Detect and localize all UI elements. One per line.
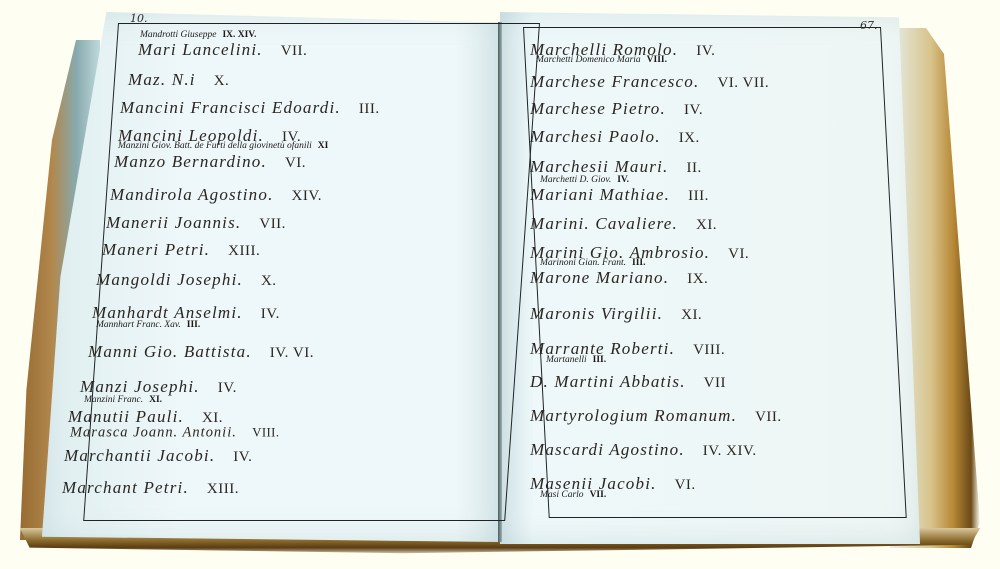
volume-reference: XI — [318, 141, 329, 151]
index-entry: Mangoldi Josephi.X. — [96, 270, 277, 290]
entry-name: Marchetti Domenico Maria — [536, 55, 641, 65]
index-entry: D. Martini Abbatis.VII — [530, 372, 726, 392]
index-entry: Marchesi Paolo.IX. — [530, 127, 700, 147]
volume-reference: XI. — [696, 217, 717, 233]
entry-name: Marini. Cavaliere. — [530, 214, 678, 233]
index-entry: Mariani Mathiae.III. — [530, 185, 709, 205]
entry-name: Maz. N.i — [128, 70, 196, 89]
entry-name: Marchese Pietro. — [530, 99, 666, 118]
index-entry: Maneri Petri.XIII. — [102, 240, 260, 260]
entry-name: Manerii Joannis. — [106, 213, 241, 232]
volume-reference: VIII. — [252, 426, 279, 440]
volume-reference: III. — [632, 258, 645, 268]
entry-name: Manzo Bernardino. — [114, 152, 267, 171]
index-entry: Marasca Joann. Antonii.VIII. — [70, 424, 279, 441]
entry-name: Mangoldi Josephi. — [96, 270, 243, 289]
entry-name: Manzini Giov. Batt. de Furti della giovi… — [118, 141, 312, 151]
volume-reference: IV. — [684, 102, 703, 118]
volume-reference: VIII. — [647, 55, 667, 65]
entry-name: Mandrotti Giuseppe — [140, 30, 216, 40]
index-entry: Marini. Cavaliere.XI. — [530, 214, 717, 234]
index-entry: Manzo Bernardino.VI. — [114, 152, 306, 172]
volume-reference: III. — [688, 188, 709, 204]
volume-reference: IX. XIV. — [222, 30, 256, 40]
volume-reference: XI. — [149, 395, 162, 405]
entry-name: Mariani Mathiae. — [530, 185, 670, 204]
volume-reference: III. — [593, 355, 606, 365]
index-note-line: Masi CarloVII. — [540, 490, 606, 500]
volume-reference: XIII. — [228, 243, 260, 259]
index-entry: Martyrologium Romanum.VII. — [530, 406, 782, 426]
volume-reference: VI. VII. — [717, 75, 769, 91]
volume-reference: VII — [704, 375, 726, 391]
entry-name: Martanelli — [546, 355, 587, 365]
index-entry: Mancini Francisci Edoardi.III. — [120, 98, 380, 118]
entry-name: Mancini Francisci Edoardi. — [120, 98, 341, 117]
entry-name: Marchant Petri. — [62, 478, 189, 497]
entry-name: Marchetti D. Giov. — [540, 175, 611, 185]
entry-name: Martyrologium Romanum. — [530, 406, 737, 425]
volume-reference: XIV. — [292, 188, 322, 204]
entry-name: Maronis Virgilii. — [530, 304, 663, 323]
volume-reference: IV. — [261, 306, 280, 322]
volume-reference: X. — [214, 73, 230, 89]
volume-reference: IV. — [696, 43, 715, 59]
index-entry: Maz. N.iX. — [128, 70, 229, 90]
index-note-line: Marchetti D. Giov.IV. — [540, 175, 629, 185]
index-note-line: Marchetti Domenico MariaVIII. — [536, 55, 667, 65]
entry-name: Mandirola Agostino. — [110, 185, 274, 204]
index-note-line: Manzini Franc.XI. — [84, 395, 162, 405]
volume-reference: XIII. — [207, 481, 239, 497]
index-entry: Manzi Josephi.IV. — [80, 377, 237, 397]
volume-reference: VII. — [281, 43, 308, 59]
volume-reference: VIII. — [693, 342, 725, 358]
entry-name: Masi Carlo — [540, 490, 584, 500]
index-entry: Manni Gio. Battista.IV. VI. — [88, 342, 314, 362]
volume-reference: VII. — [259, 216, 286, 232]
volume-reference: X. — [261, 273, 277, 289]
volume-reference: VII. — [755, 409, 782, 425]
volume-reference: IV. XIV. — [703, 443, 757, 459]
entry-name: Marasca Joann. Antonii. — [70, 424, 237, 440]
entry-name: D. Martini Abbatis. — [530, 372, 686, 391]
open-ledger-book: 10. 67. Mandrotti GiuseppeIX. XIV.Mari L… — [0, 0, 1000, 569]
index-entry: Marone Mariano.IX. — [530, 268, 708, 288]
entry-name: Marchesii Mauri. — [530, 157, 669, 176]
volume-reference: VI. — [728, 246, 749, 262]
volume-reference: IX. — [687, 271, 708, 287]
entry-name: Manzini Franc. — [84, 395, 143, 405]
entry-name: Marinoni Gian. Frant. — [540, 258, 626, 268]
index-entry: Mari Lancelini.VII. — [138, 40, 307, 60]
volume-reference: II. — [687, 160, 702, 176]
volume-reference: IV. VI. — [270, 345, 314, 361]
index-entry: Mandirola Agostino.XIV. — [110, 185, 322, 205]
volume-reference: IV. — [233, 449, 252, 465]
entry-name: Mannhart Franc. Xav. — [96, 320, 181, 330]
index-entry: Manerii Joannis.VII. — [106, 213, 286, 233]
entry-name: Marone Mariano. — [530, 268, 669, 287]
entry-name: Mari Lancelini. — [138, 40, 263, 59]
index-entry: Marchese Francesco.VI. VII. — [530, 72, 769, 92]
volume-reference: IV. — [617, 175, 629, 185]
volume-reference: VI. — [285, 155, 306, 171]
volume-reference: III. — [187, 320, 200, 330]
entry-name: Mascardi Agostino. — [530, 440, 685, 459]
volume-reference: IV. — [218, 380, 237, 396]
index-note-line: Mandrotti GiuseppeIX. XIV. — [140, 30, 256, 40]
index-entry: Marchant Petri.XIII. — [62, 478, 239, 498]
entry-name: Manzi Josephi. — [80, 377, 200, 396]
index-entry: Marchese Pietro.IV. — [530, 99, 703, 119]
entry-name: Manni Gio. Battista. — [88, 342, 252, 361]
index-note-line: Manzini Giov. Batt. de Furti della giovi… — [118, 141, 328, 151]
volume-reference: VII. — [590, 490, 607, 500]
entry-name: Marchantii Jacobi. — [64, 446, 215, 465]
entry-name: Maneri Petri. — [102, 240, 210, 259]
volume-reference: IX. — [679, 130, 700, 146]
index-entry: Mascardi Agostino.IV. XIV. — [530, 440, 757, 460]
left-page-number: 10. — [130, 12, 148, 25]
index-note-line: Marinoni Gian. Frant.III. — [540, 258, 646, 268]
volume-reference: III. — [359, 101, 380, 117]
index-note-line: MartanelliIII. — [546, 355, 606, 365]
index-entry: Marchantii Jacobi.IV. — [64, 446, 252, 466]
entry-name: Marchese Francesco. — [530, 72, 699, 91]
index-entry: Marchesii Mauri.II. — [530, 157, 702, 177]
volume-reference: VI. — [675, 477, 696, 493]
volume-reference: XI. — [681, 307, 702, 323]
entry-name: Marchesi Paolo. — [530, 127, 661, 146]
right-page-number: 67. — [860, 19, 878, 32]
index-note-line: Mannhart Franc. Xav.III. — [96, 320, 200, 330]
index-entry: Maronis Virgilii.XI. — [530, 304, 702, 324]
